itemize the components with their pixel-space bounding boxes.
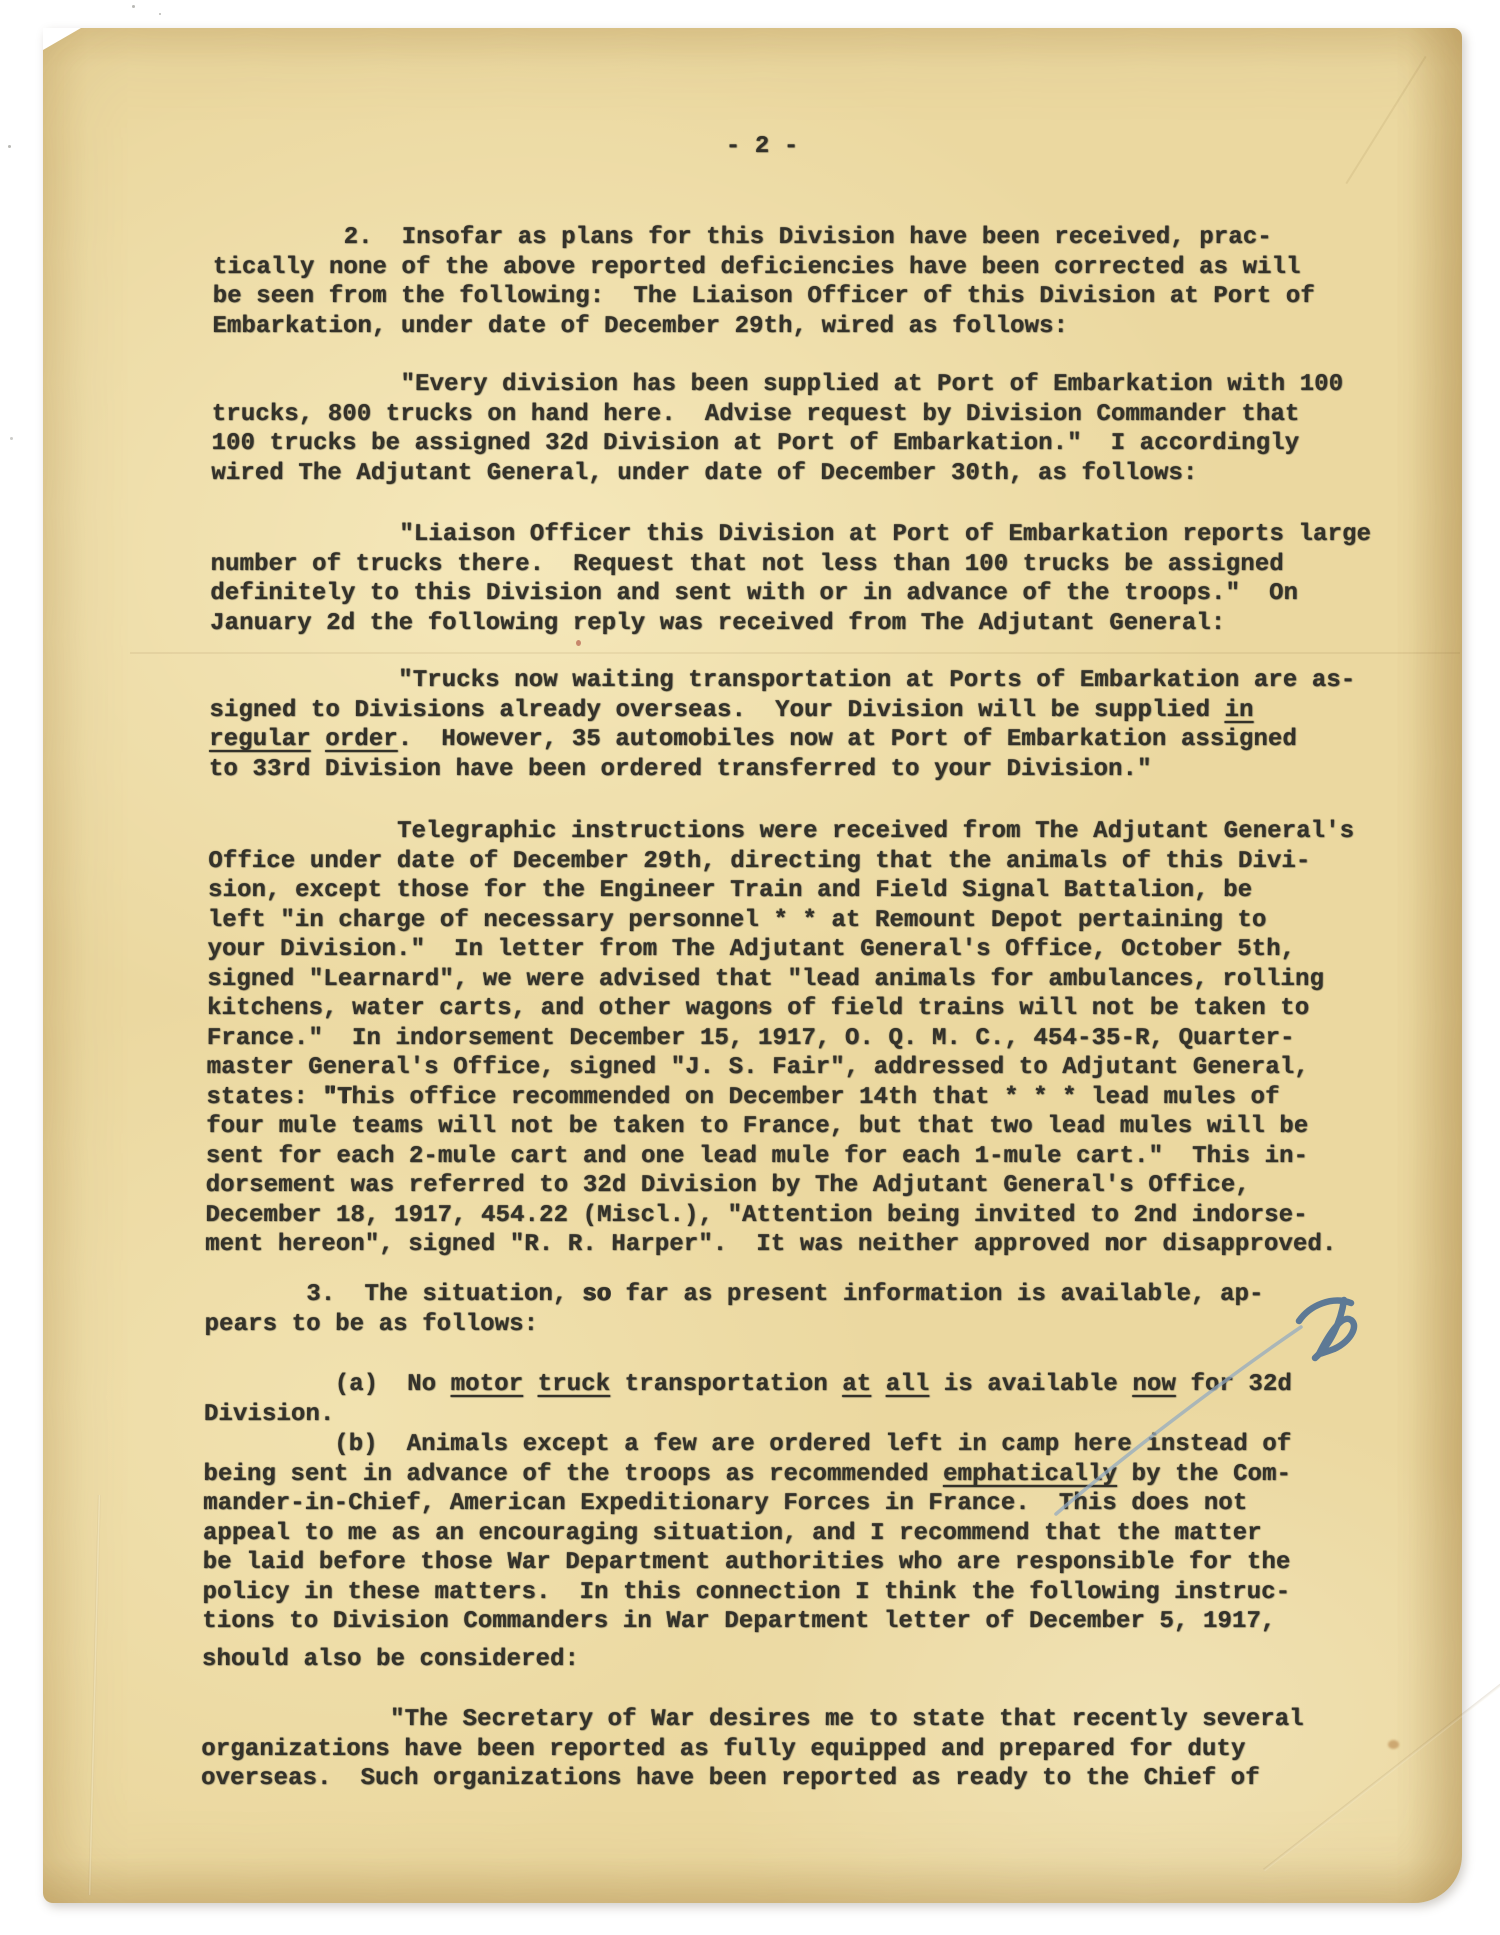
- paragraph-q1: "Every division has been supplied at Por…: [211, 370, 1343, 488]
- typewritten-text: - 2 - 2. Insofar as plans for this Divis…: [0, 0, 1500, 1935]
- paragraph-p2: 2. Insofar as plans for this Division ha…: [212, 223, 1315, 341]
- paragraph-tele: Telegraphic instructions were received f…: [205, 817, 1354, 1260]
- paragraph-pa: (a) No motor truck transportation at all…: [204, 1370, 1292, 1429]
- paragraph-pb: (b) Animals except a few are ordered lef…: [202, 1430, 1291, 1637]
- paragraph-q2: "Liaison Officer this Division at Port o…: [210, 520, 1371, 638]
- page-number: - 2 -: [726, 132, 799, 162]
- paragraph-q3: "Trucks now waiting transportation at Po…: [209, 666, 1356, 784]
- paragraph-pb2: should also be considered:: [202, 1645, 579, 1675]
- paragraph-p3: 3. The situation, so far as present info…: [204, 1280, 1263, 1339]
- paragraph-secwar: "The Secretary of War desires me to stat…: [201, 1705, 1304, 1794]
- scan-background: - 2 - 2. Insofar as plans for this Divis…: [0, 0, 1500, 1935]
